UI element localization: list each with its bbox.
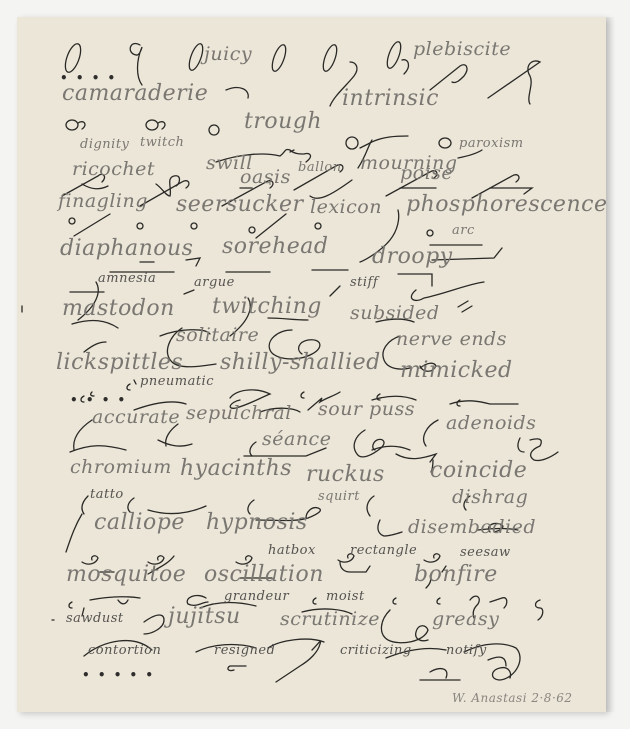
- word-arc: arc: [452, 224, 475, 237]
- word-coincide: coincide: [430, 460, 527, 482]
- word-paroxism: paroxism: [459, 137, 524, 150]
- word-subsided: subsided: [350, 304, 440, 323]
- word-plebiscite: plebiscite: [413, 40, 511, 59]
- word-tatto: tatto: [90, 488, 124, 501]
- word-sawdust: sawdust: [66, 612, 124, 625]
- word-hatbox: hatbox: [268, 544, 316, 557]
- word-ballon: ballon: [298, 161, 342, 174]
- word-rectangle: rectangle: [350, 544, 417, 557]
- word-adenoids: adenoids: [446, 414, 536, 433]
- word-hypnosis: hypnosis: [206, 512, 308, 534]
- word-chromium: chromium: [70, 458, 172, 477]
- word-notify: notify: [446, 644, 487, 657]
- word-mosquitoe: mosquitoe: [66, 564, 186, 586]
- word-camaraderie: camaraderie: [62, 83, 208, 105]
- word-pneumatic: pneumatic: [140, 375, 214, 388]
- word-criticizing: criticizing: [340, 644, 412, 657]
- word-mastodon: mastodon: [62, 298, 175, 320]
- word-twitch: twitch: [140, 136, 184, 149]
- word-disembodied: disembodied: [408, 518, 536, 537]
- word-lexicon: lexicon: [310, 198, 382, 217]
- word-mimicked: mimicked: [400, 360, 513, 382]
- word-contortion: contortion: [88, 644, 161, 657]
- word-intrinsic: intrinsic: [342, 88, 439, 110]
- word-diaphanous: diaphanous: [60, 238, 193, 260]
- word-jujitsu: jujitsu: [168, 606, 241, 628]
- word-moist: moist: [326, 590, 365, 603]
- word-resigned: resigned: [214, 644, 275, 657]
- word-oscillation: oscillation: [204, 564, 324, 586]
- word-accurate: accurate: [92, 408, 180, 427]
- word-ricochet: ricochet: [72, 160, 155, 179]
- word-trough: trough: [244, 111, 322, 133]
- word-droopy: droopy: [372, 246, 453, 268]
- artist-signature-date: W. Anastasi 2·8·62: [452, 691, 573, 705]
- word-nerve-ends: nerve ends: [396, 330, 507, 349]
- word-dignity: dignity: [80, 138, 129, 151]
- word-seersucker: seersucker: [176, 194, 304, 216]
- word-solitaire: solitaire: [176, 326, 259, 345]
- word-phosphorescence: phosphorescence: [406, 194, 607, 216]
- word-sour-puss: sour puss: [318, 400, 415, 419]
- word-sorehead: sorehead: [222, 236, 328, 258]
- word-scrutinize: scrutinize: [280, 610, 380, 629]
- word-squirt: squirt: [318, 490, 360, 503]
- word-seesaw: seesaw: [460, 546, 511, 559]
- word-twitching: twitching: [212, 296, 322, 318]
- word-seance: séance: [262, 430, 331, 449]
- word-grandeur: grandeur: [224, 590, 289, 603]
- word-juicy: juicy: [204, 45, 252, 64]
- dot-marks-middle: • • • •: [70, 393, 127, 407]
- word-stiff: stiff: [350, 276, 378, 289]
- word-greasy: greasy: [432, 610, 499, 629]
- word-lickspittles: lickspittles: [56, 352, 183, 374]
- word-hyacinths: hyacinths: [180, 458, 292, 480]
- word-shilly-shallied: shilly-shallied: [220, 352, 381, 374]
- word-bonfire: bonfire: [414, 564, 498, 586]
- dot-marks-bottom: • • • • •: [82, 668, 155, 682]
- word-amnesia: amnesia: [98, 272, 156, 285]
- word-argue: argue: [194, 276, 235, 289]
- word-calliope: calliope: [94, 512, 185, 534]
- word-dishrag: dishrag: [452, 488, 528, 507]
- word-oasis: oasis: [240, 168, 291, 187]
- word-finagling: finagling: [58, 192, 148, 211]
- word-poise: poise: [400, 164, 453, 183]
- word-sepulchral: sepulchral: [186, 404, 292, 423]
- word-ruckus: ruckus: [306, 464, 385, 486]
